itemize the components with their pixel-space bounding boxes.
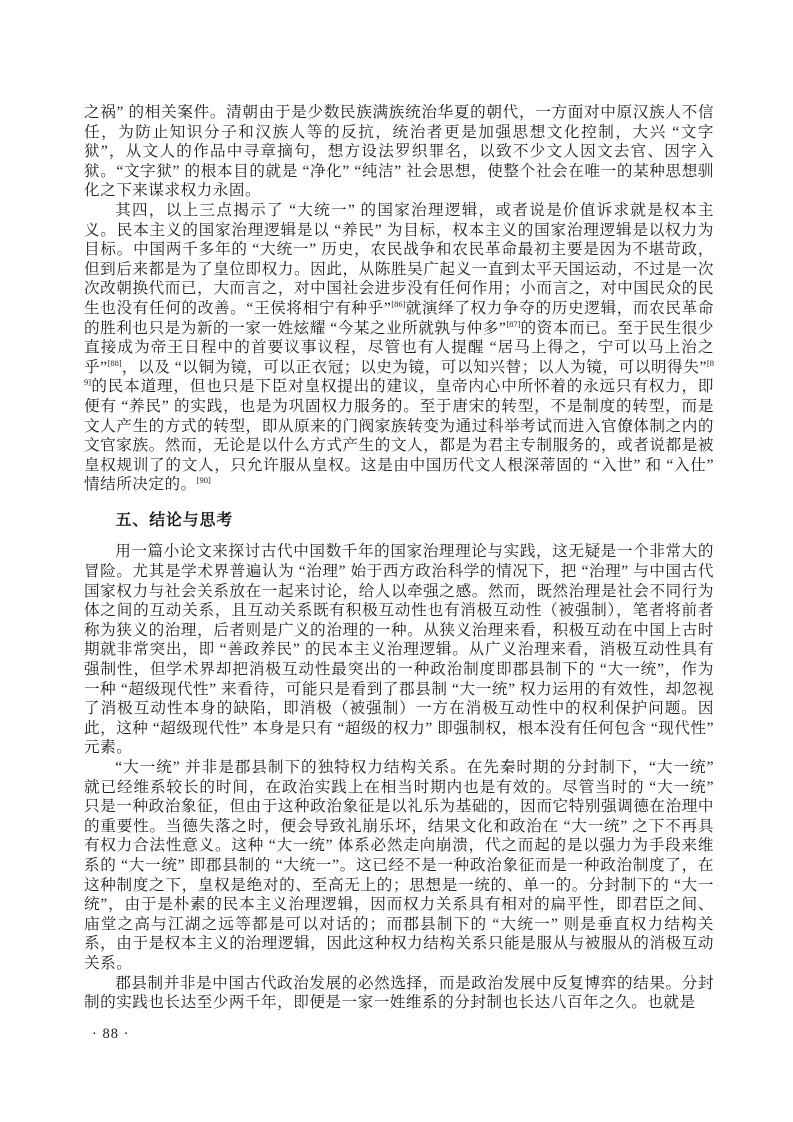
page-number: · 88 · bbox=[92, 1026, 129, 1043]
body-paragraph: “大一统” 并非是郡县制下的独特权力结构关系。在先秦时期的分封制下，“大一统” … bbox=[84, 758, 714, 974]
body-paragraph: 用一篇小论文来探讨古代中国数千年的国家治理理论与实践，这无疑是一个非常大的冒险。… bbox=[84, 542, 714, 758]
body-paragraph: 郡县制并非是中国古代政治发展的必然选择，而是政治发展中反复博弈的结果。分封制的实… bbox=[84, 974, 714, 1013]
body-paragraph: 其四，以上三点揭示了 “大统一” 的国家治理逻辑，或者说是价值诉求就是权本主义。… bbox=[84, 201, 714, 495]
footnote-reference: [86] bbox=[391, 299, 405, 309]
footnote-reference: [88] bbox=[108, 358, 122, 368]
document-body: 之祸” 的相关案件。清朝由于是少数民族满族统治华夏的朝代，一方面对中原汉族人不信… bbox=[84, 103, 714, 1013]
footnote-reference: [89] bbox=[84, 358, 714, 388]
footnote-reference: [90] bbox=[197, 475, 211, 485]
section-heading: 五、结论与思考 bbox=[84, 511, 714, 531]
journal-page: 之祸” 的相关案件。清朝由于是少数民族满族统治华夏的朝代，一方面对中原汉族人不信… bbox=[0, 0, 793, 1122]
body-paragraph: 之祸” 的相关案件。清朝由于是少数民族满族统治华夏的朝代，一方面对中原汉族人不信… bbox=[84, 103, 714, 201]
footnote-reference: [87] bbox=[506, 318, 520, 328]
